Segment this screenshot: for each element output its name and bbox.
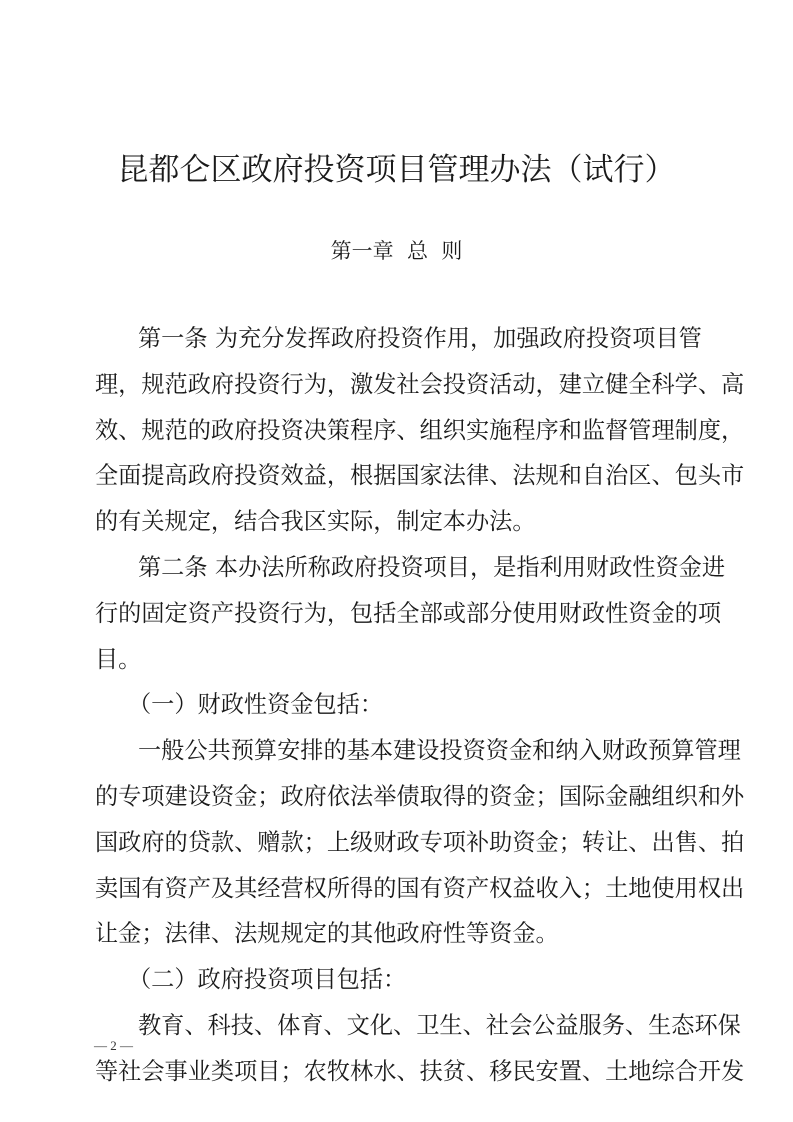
document-page: 昆都仑区政府投资项目管理办法（试行） 第一章 总 则 第一条 为充分发挥政府投资…: [0, 0, 793, 1122]
text-line: 教育、科技、体育、文化、卫生、社会公益服务、生态环保: [95, 1003, 699, 1049]
text-line: 的有关规定，结合我区实际，制定本办法。: [95, 499, 699, 545]
article-2-paragraph: 第二条 本办法所称政府投资项目，是指利用财政性资金进 行的固定资产投资行为，包括…: [95, 545, 699, 682]
text-line: （一）财政性资金包括：: [95, 682, 699, 728]
text-line: 卖国有资产及其经营权所得的国有资产权益收入；土地使用权出: [95, 866, 699, 912]
item-2-heading: （二）政府投资项目包括：: [95, 957, 699, 1003]
document-title: 昆都仑区政府投资项目管理办法（试行）: [0, 148, 793, 192]
text-line: 全面提高政府投资效益，根据国家法律、法规和自治区、包头市: [95, 453, 699, 499]
article-1-paragraph: 第一条 为充分发挥政府投资作用，加强政府投资项目管 理，规范政府投资行为，激发社…: [95, 316, 699, 545]
text-line: 目。: [95, 637, 699, 683]
item-2-paragraph: 教育、科技、体育、文化、卫生、社会公益服务、生态环保 等社会事业类项目；农牧林水…: [95, 1003, 699, 1095]
text-line: 第二条 本办法所称政府投资项目，是指利用财政性资金进: [95, 545, 699, 591]
text-line: 等社会事业类项目；农牧林水、扶贫、移民安置、土地综合开发: [95, 1049, 699, 1095]
item-1-paragraph: 一般公共预算安排的基本建设投资资金和纳入财政预算管理 的专项建设资金；政府依法举…: [95, 728, 699, 957]
text-line: 的专项建设资金；政府依法举债取得的资金；国际金融组织和外: [95, 774, 699, 820]
page-number: — 2 —: [94, 1038, 133, 1054]
text-line: 理，规范政府投资行为，激发社会投资活动，建立健全科学、高: [95, 362, 699, 408]
text-line: 让金；法律、法规规定的其他政府性等资金。: [95, 911, 699, 957]
document-body: 第一条 为充分发挥政府投资作用，加强政府投资项目管 理，规范政府投资行为，激发社…: [95, 316, 699, 1095]
chapter-heading: 第一章 总 则: [0, 236, 793, 266]
text-line: 国政府的贷款、赠款；上级财政专项补助资金；转让、出售、拍: [95, 820, 699, 866]
text-line: （二）政府投资项目包括：: [95, 957, 699, 1003]
item-1-heading: （一）财政性资金包括：: [95, 682, 699, 728]
text-line: 行的固定资产投资行为，包括全部或部分使用财政性资金的项: [95, 591, 699, 637]
text-line: 效、规范的政府投资决策程序、组织实施程序和监督管理制度，: [95, 408, 699, 454]
text-line: 一般公共预算安排的基本建设投资资金和纳入财政预算管理: [95, 728, 699, 774]
text-line: 第一条 为充分发挥政府投资作用，加强政府投资项目管: [95, 316, 699, 362]
